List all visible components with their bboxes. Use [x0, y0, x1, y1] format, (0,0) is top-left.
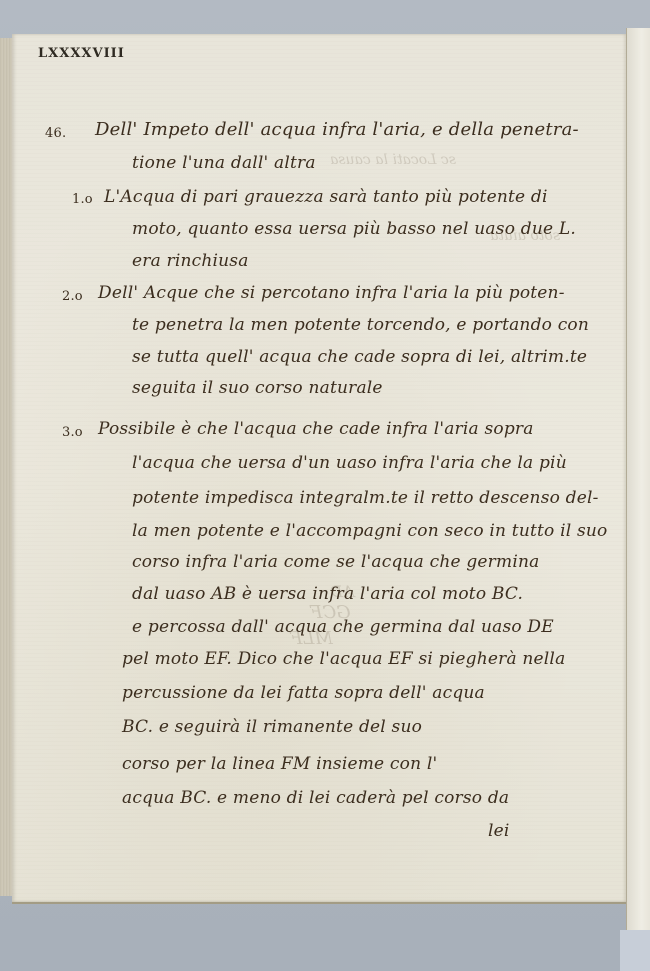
section-heading-line: Dell' Impeto dell' acqua infra l'aria, e… — [95, 119, 579, 141]
section-line: pel moto EF. Dico che l'acqua EF si pieg… — [122, 648, 565, 670]
section-line: percussione da lei fatta sopra dell' acq… — [122, 682, 485, 704]
section-line: acqua BC. e meno di lei caderà pel corso… — [122, 787, 509, 809]
section-line: moto, quanto essa uersa più basso nel ua… — [132, 218, 576, 240]
section-line: corso per la linea FM insieme con l' — [122, 753, 437, 775]
show-through-text: sc Locati la causa — [330, 152, 456, 168]
section-number: 2.o — [62, 286, 83, 308]
manuscript-text: sc Locati la causa soto aiuta GCF MLF AD… — [0, 0, 650, 971]
section-line: se tutta quell' acqua che cade sopra di … — [132, 346, 587, 368]
section-number: 3.o — [62, 422, 83, 444]
section-line: dal uaso AB è uersa infra l'aria col mot… — [132, 583, 523, 605]
section-line: L'Acqua di pari grauezza sarà tanto più … — [104, 186, 548, 208]
section-line: la men potente e l'accompagni con seco i… — [132, 520, 607, 542]
section-line: Dell' Acque che si percotano infra l'ari… — [98, 282, 565, 304]
section-heading-line: tione l'una dall' altra — [132, 152, 316, 174]
section-line: Possibile è che l'acqua che cade infra l… — [98, 418, 534, 440]
section-line: e percossa dall' acqua che germina dal u… — [132, 616, 554, 638]
section-line: potente impedisca integralm.te il retto … — [132, 487, 599, 509]
section-line: seguita il suo corso naturale — [132, 377, 383, 399]
section-number: 46. — [45, 123, 66, 145]
section-line: BC. e seguirà il rimanente del suo — [122, 716, 422, 738]
section-number: 1.o — [72, 189, 93, 211]
section-line: te penetra la men potente torcendo, e po… — [132, 314, 589, 336]
section-line: corso infra l'aria come se l'acqua che g… — [132, 551, 539, 573]
section-line: lei — [488, 820, 510, 842]
section-line: l'acqua che uersa d'un uaso infra l'aria… — [132, 452, 567, 474]
section-line: era rinchiusa — [132, 250, 249, 272]
